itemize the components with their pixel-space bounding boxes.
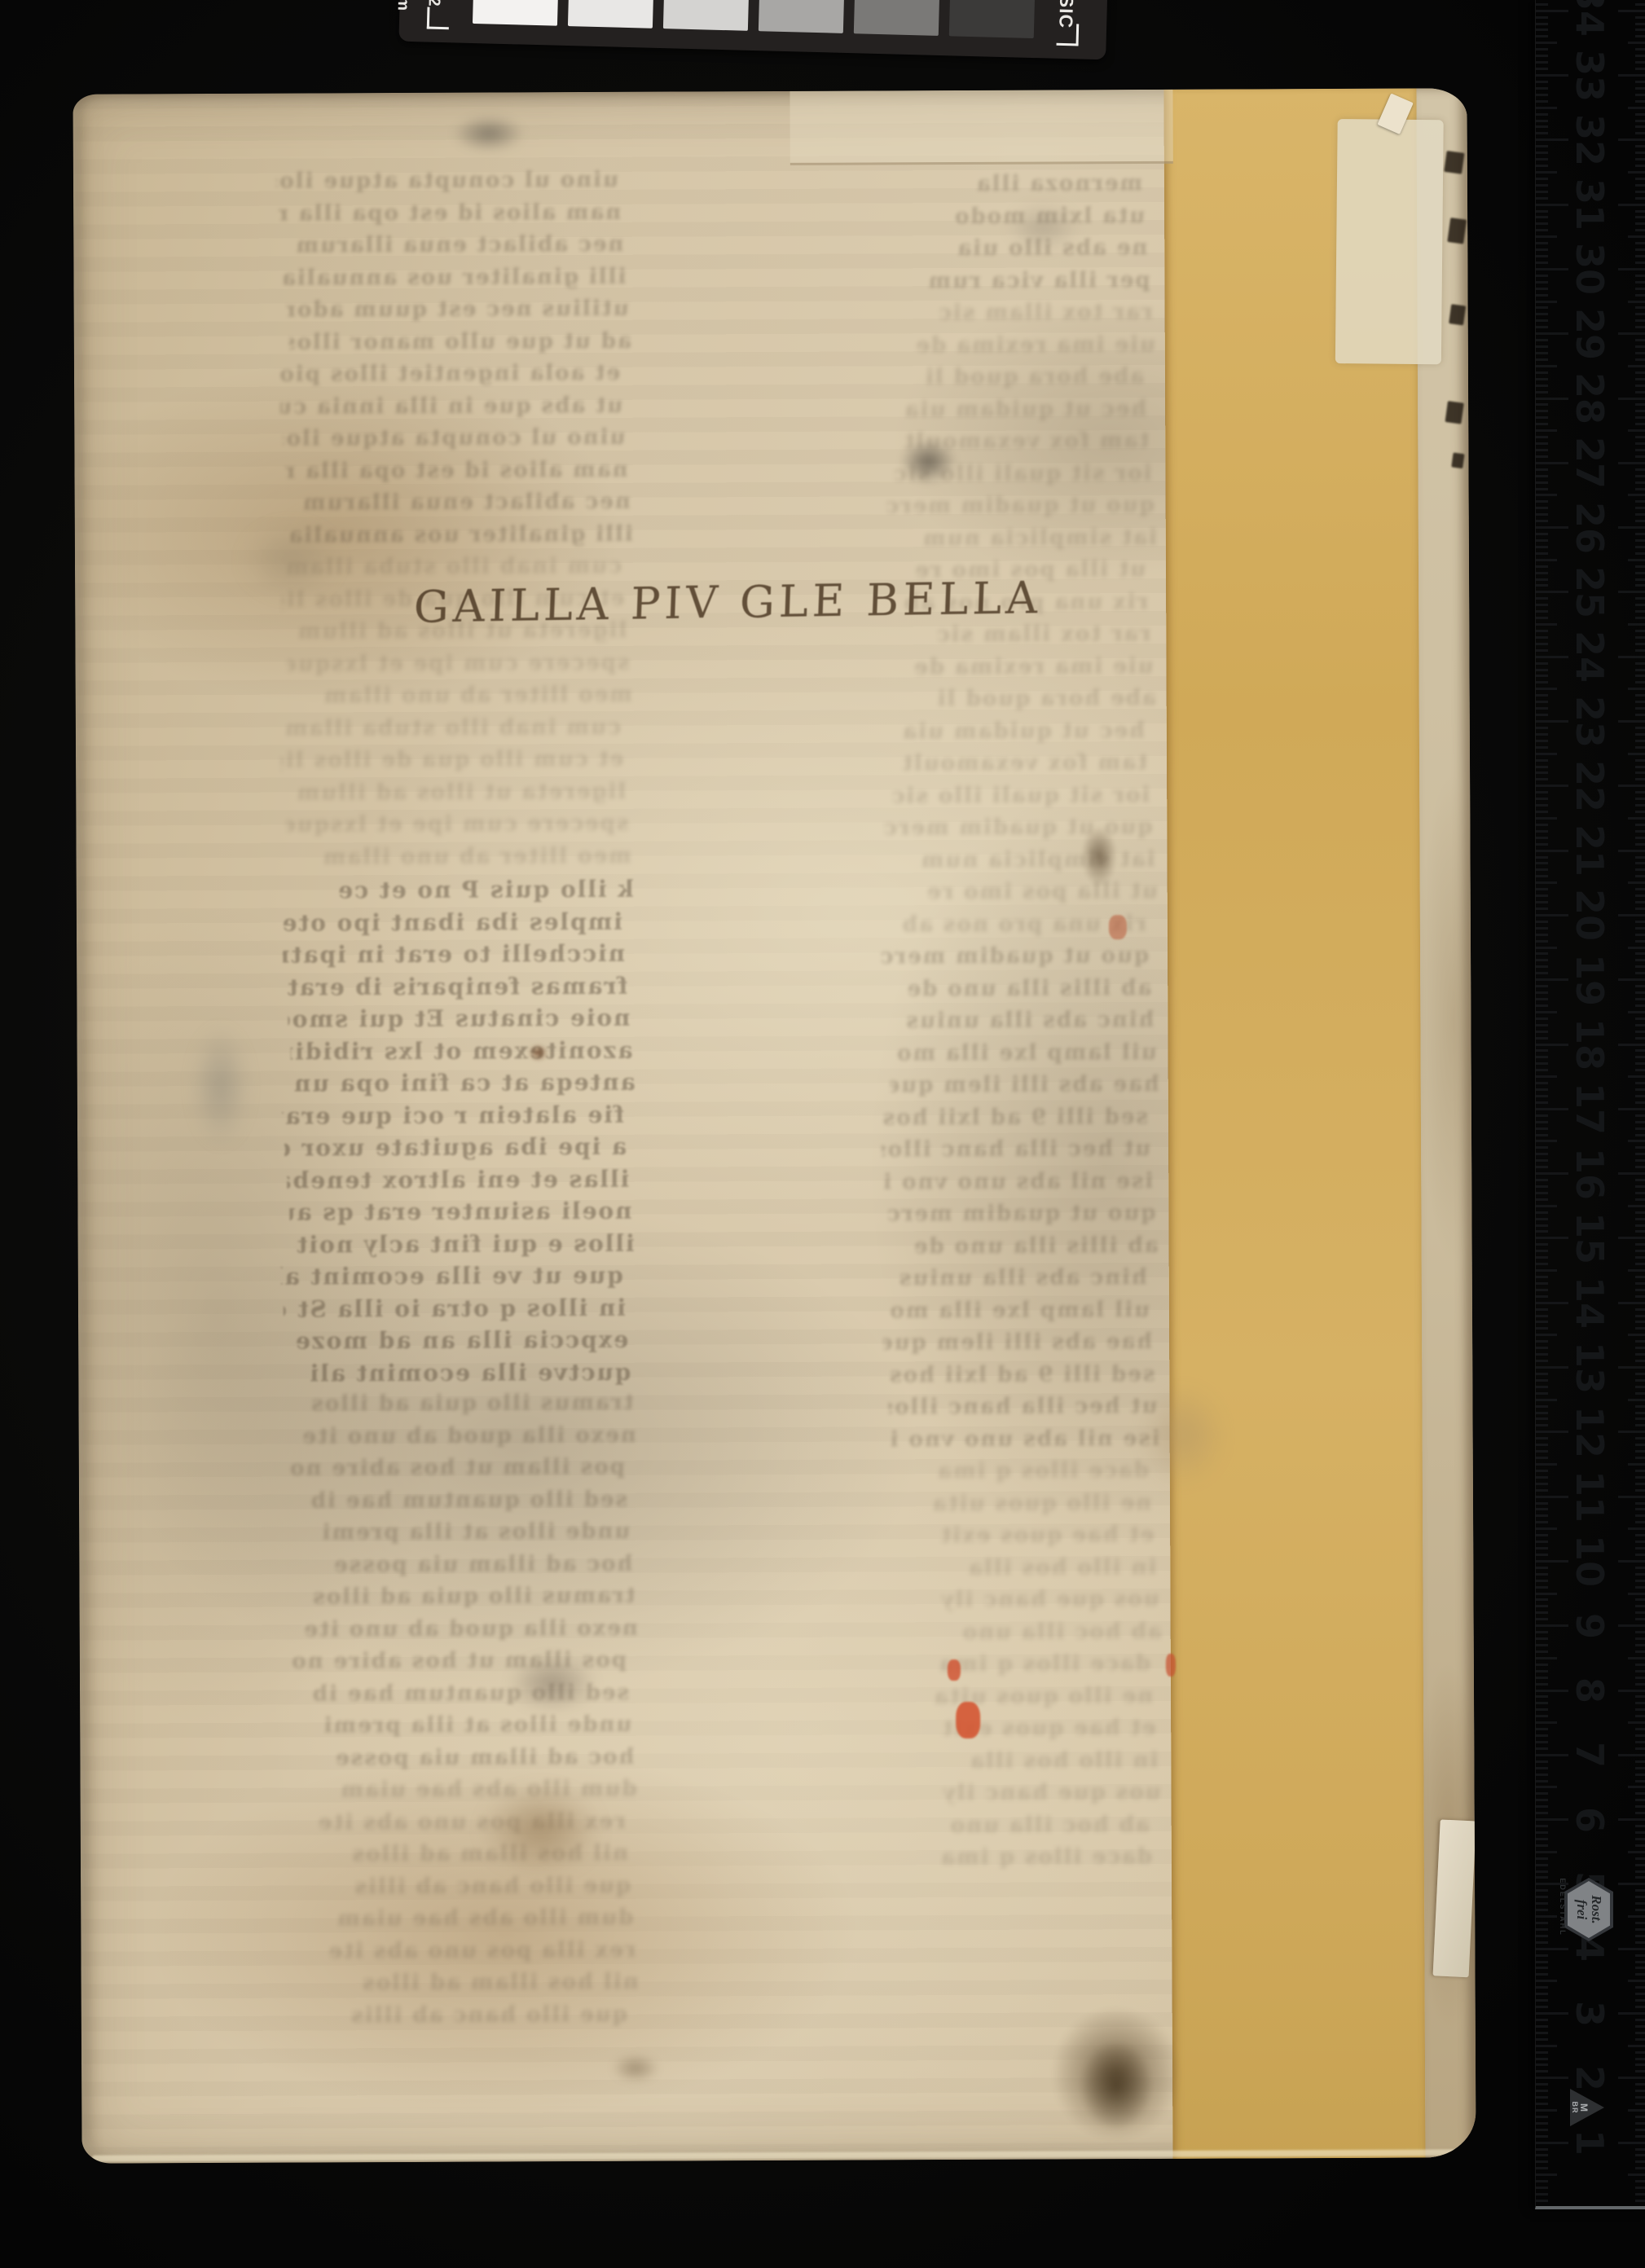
mm-tick <box>1635 1379 1645 1382</box>
mm-tick <box>1635 1677 1645 1679</box>
mm-tick <box>1635 675 1645 677</box>
bleedthrough-line: et cum illo qua de illos lige <box>281 747 623 773</box>
mm-tick <box>1635 1340 1645 1343</box>
bleedthrough-line: rex illa pos uno abs ite <box>293 1937 636 1963</box>
mm-tick <box>1635 1127 1645 1130</box>
cm-tick <box>1618 526 1645 529</box>
mm-tick <box>1536 449 1548 451</box>
mm-tick <box>1536 2193 1548 2195</box>
mm-tick <box>1635 610 1645 613</box>
target-label-mm: mm <box>394 0 413 11</box>
mm-tick <box>1536 753 1557 755</box>
bleedthrough-line: cum inab illo stuba illam <box>279 714 621 741</box>
mm-tick <box>1635 319 1645 322</box>
fore-edge-ink-mark <box>1444 151 1464 174</box>
mm-tick <box>1635 416 1645 419</box>
mm-tick <box>1536 921 1548 923</box>
bleedthrough-line: uie ima rexima de <box>886 332 1155 357</box>
red-ink-fleck <box>956 1702 980 1738</box>
mm-tick <box>1536 1405 1548 1408</box>
mm-tick <box>1536 856 1548 859</box>
mm-tick <box>1635 1902 1645 1905</box>
mm-tick <box>1635 669 1645 671</box>
mm-tick <box>1536 1514 1548 1517</box>
mm-tick <box>1536 1412 1548 1414</box>
mm-tick <box>1536 1321 1548 1323</box>
mm-tick <box>1536 572 1548 574</box>
mm-tick <box>1635 901 1645 903</box>
mm-tick <box>1635 339 1645 341</box>
mm-tick <box>1536 1999 1548 2002</box>
mm-tick <box>1536 1993 1548 1995</box>
mm-tick <box>1536 2032 1548 2034</box>
rostfrei-line1: Rost. <box>1589 1895 1603 1923</box>
mm-tick <box>1635 2187 1645 2189</box>
mm-tick <box>1635 48 1645 51</box>
mm-tick <box>1635 1554 1645 1556</box>
mm-tick <box>1536 707 1548 710</box>
registration-corner-mark <box>1057 24 1080 46</box>
mm-tick <box>1536 403 1548 406</box>
bleedthrough-line: unde illos at illa premi <box>288 1519 630 1545</box>
cm-tick <box>1618 1044 1645 1046</box>
cm-tick <box>1618 1108 1645 1110</box>
mm-tick <box>1635 288 1645 290</box>
bleedthrough-line: ut illa pos imo re <box>889 879 1158 904</box>
mm-tick <box>1628 1334 1645 1336</box>
mm-tick <box>1536 288 1548 290</box>
stain-blob <box>191 1025 249 1147</box>
mm-tick <box>1536 1741 1548 1743</box>
mm-tick <box>1635 1243 1645 1246</box>
mm-tick <box>1635 1114 1645 1117</box>
mm-tick <box>1635 1134 1645 1136</box>
mm-tick <box>1536 1289 1548 1291</box>
mm-tick <box>1635 694 1645 697</box>
mm-tick <box>1628 494 1645 496</box>
mm-tick <box>1536 959 1548 961</box>
mm-tick <box>1536 1295 1548 1298</box>
mm-tick <box>1536 191 1548 193</box>
mm-tick <box>1536 701 1548 703</box>
mm-tick <box>1635 771 1645 774</box>
bleedthrough-line: sed illi 9 ad lxii hos <box>879 1104 1148 1129</box>
mm-tick <box>1536 1457 1548 1459</box>
mm-tick <box>1635 1489 1645 1492</box>
bleedthrough-line: unde illos at illa premi <box>289 1712 631 1738</box>
mm-tick <box>1635 222 1645 225</box>
mm-tick <box>1635 1062 1645 1065</box>
mm-tick <box>1536 862 1548 864</box>
mm-tick <box>1536 455 1548 458</box>
mm-tick <box>1536 791 1548 793</box>
ruler-number-7: 7 <box>1564 1729 1616 1781</box>
manuscript-back-cover: uino ul conupta atque ilosnam alios id e… <box>73 88 1476 2163</box>
mm-tick <box>1536 171 1557 174</box>
mm-tick <box>1536 3 1548 6</box>
mm-tick <box>1536 488 1548 490</box>
mm-tick <box>1536 1650 1548 1653</box>
mm-tick <box>1536 694 1548 697</box>
mm-tick <box>1536 1605 1548 1607</box>
mm-tick <box>1536 2116 1548 2118</box>
paper-bookmark-tab <box>1433 1819 1476 1977</box>
ruler-number-33: 33 <box>1564 50 1616 102</box>
mm-tick <box>1635 1444 1645 1446</box>
mm-tick <box>1635 1547 1645 1549</box>
mm-tick <box>1635 1069 1645 1071</box>
mm-tick <box>1635 2160 1645 2163</box>
bleedthrough-line: illi ginaliter uos annualia <box>291 521 633 547</box>
mm-tick <box>1635 1004 1645 1007</box>
mm-tick <box>1536 1695 1548 1698</box>
mm-tick <box>1536 1095 1548 1097</box>
mm-tick <box>1536 385 1548 387</box>
ruler-number-19: 19 <box>1564 954 1616 1006</box>
bleedthrough-line: abe hora quod li <box>887 686 1156 711</box>
mm-tick <box>1635 1857 1645 1860</box>
mm-tick <box>1536 798 1548 800</box>
mm-tick <box>1536 1541 1548 1543</box>
cm-tick <box>1618 1948 1645 1950</box>
mm-tick <box>1635 1424 1645 1426</box>
cm-tick <box>1618 1883 1645 1885</box>
bleedthrough-line: dace illos q ima <box>882 1651 1150 1677</box>
mm-tick <box>1635 294 1645 297</box>
mm-tick <box>1635 1514 1645 1517</box>
mm-tick <box>1536 1838 1548 1840</box>
stain-blob <box>611 2054 660 2083</box>
bleedthrough-line: nam alios id est opa illa rum <box>279 200 621 226</box>
mm-tick <box>1635 229 1645 231</box>
mm-tick <box>1635 636 1645 639</box>
mm-tick <box>1635 1605 1645 1607</box>
mm-tick <box>1635 1876 1645 1879</box>
mm-tick <box>1635 1502 1645 1505</box>
ruler-number-23: 23 <box>1564 696 1616 748</box>
mm-tick <box>1536 1127 1548 1130</box>
cm-tick <box>1618 2077 1645 2079</box>
mm-tick <box>1628 1075 1645 1078</box>
cm-tick <box>1618 1818 1645 1821</box>
mm-tick <box>1628 881 1645 884</box>
bleedthrough-line: quo ut quadim mercit de to <box>880 943 1149 969</box>
turn-in-strip <box>1163 89 1425 2159</box>
mm-tick <box>1635 436 1645 438</box>
mm-tick <box>1536 1935 1548 1937</box>
mm-tick <box>1635 2051 1645 2054</box>
mm-tick <box>1536 132 1548 134</box>
mm-tick <box>1536 1851 1557 1853</box>
mm-tick <box>1536 100 1548 103</box>
mm-tick <box>1635 862 1645 864</box>
mm-tick <box>1536 868 1548 871</box>
mm-tick <box>1536 229 1548 231</box>
mm-tick <box>1635 662 1645 665</box>
bleedthrough-line: nil hos illam ad illos <box>297 1970 639 1996</box>
fore-edge-ink-mark <box>1451 452 1464 468</box>
mm-tick <box>1635 2006 1645 2008</box>
mm-tick <box>1536 2058 1548 2060</box>
mm-tick <box>1536 481 1548 484</box>
mm-tick <box>1536 1437 1548 1439</box>
pale-label-patch <box>1335 119 1444 364</box>
mm-tick <box>1635 475 1645 477</box>
mm-tick <box>1628 1527 1645 1530</box>
mm-tick <box>1635 262 1645 264</box>
stain-blob <box>452 115 526 152</box>
mm-tick <box>1536 1373 1548 1375</box>
bleedthrough-line: imples iba ibant ipo ote <box>280 908 622 936</box>
ruler-number-26: 26 <box>1564 502 1616 554</box>
mm-tick <box>1536 2148 1548 2151</box>
mm-tick <box>1536 42 1557 44</box>
ruler-number-20: 20 <box>1564 889 1616 941</box>
mm-tick <box>1635 1373 1645 1375</box>
mm-tick <box>1536 275 1548 277</box>
mm-tick <box>1635 1586 1645 1589</box>
cm-tick <box>1618 462 1645 464</box>
mm-tick <box>1536 35 1548 37</box>
mm-tick <box>1536 817 1557 820</box>
fore-edge-ink-mark <box>1449 304 1466 325</box>
mm-tick <box>1536 2090 1548 2092</box>
mm-tick <box>1536 1747 1548 1750</box>
mm-tick <box>1536 643 1548 645</box>
mm-tick <box>1635 1276 1645 1278</box>
mm-tick <box>1536 494 1557 496</box>
mm-tick <box>1536 255 1548 257</box>
mm-tick <box>1536 1844 1548 1847</box>
bleedthrough-line: uino ul conupta atque ilos <box>283 425 625 451</box>
bleedthrough-line: ad ut que ullo manor illos <box>289 328 631 354</box>
cm-tick <box>1618 138 1645 141</box>
bleedthrough-line: ut hec illa hanc illos <box>882 1136 1150 1162</box>
bleedthrough-line: fie alatein r oci que erat <box>282 1101 624 1129</box>
mm-tick <box>1536 681 1548 683</box>
mm-tick <box>1536 1902 1548 1905</box>
mm-tick <box>1635 1664 1645 1666</box>
mm-tick <box>1536 1941 1548 1944</box>
bleedthrough-line: rix una pro nos ab <box>877 912 1146 937</box>
mm-tick <box>1635 1218 1645 1220</box>
bleedthrough-line: hae abs illi ilem que <box>891 1072 1159 1097</box>
mm-tick <box>1536 2083 1548 2086</box>
mm-tick <box>1536 2019 1548 2021</box>
mm-tick <box>1635 1018 1645 1020</box>
bleedthrough-line: hinc abs illa unius <box>885 1008 1154 1033</box>
mm-tick <box>1536 688 1557 690</box>
bleedthrough-line: nec abilact enua illarum <box>288 490 631 516</box>
mm-tick <box>1635 158 1645 160</box>
mm-tick <box>1536 1334 1557 1336</box>
mm-tick <box>1536 1792 1548 1795</box>
mm-tick <box>1536 610 1548 613</box>
mm-tick <box>1536 436 1548 438</box>
mm-tick <box>1635 1412 1645 1414</box>
bleedthrough-line: in illo hos illa <box>887 1554 1156 1580</box>
bleedthrough-line: ligereta ut illos ad illum <box>284 779 626 805</box>
mm-tick <box>1635 385 1645 387</box>
mm-tick <box>1536 1392 1548 1395</box>
mm-tick <box>1635 248 1645 251</box>
mm-tick <box>1635 1598 1645 1601</box>
mm-tick <box>1536 2187 1548 2189</box>
mm-tick <box>1635 1282 1645 1285</box>
mm-tick <box>1536 1185 1548 1188</box>
mm-tick <box>1635 824 1645 826</box>
mm-tick <box>1635 242 1645 244</box>
stain-blob <box>480 1785 602 1875</box>
cm-tick <box>1618 1366 1645 1369</box>
mm-tick <box>1635 985 1645 987</box>
mm-tick <box>1635 481 1645 484</box>
mm-tick <box>1628 235 1645 238</box>
mm-tick <box>1635 81 1645 83</box>
mm-tick <box>1536 319 1548 322</box>
mm-tick <box>1536 1799 1548 1801</box>
mm-tick <box>1536 636 1548 639</box>
ruler-number-34: 34 <box>1564 0 1616 37</box>
mm-tick <box>1635 1347 1645 1349</box>
bleedthrough-line: ne illo quos uita <box>882 1490 1151 1515</box>
mm-tick <box>1628 947 1645 949</box>
mm-tick <box>1635 868 1645 871</box>
cm-tick <box>1618 10 1645 12</box>
stain-blob <box>1006 202 1080 251</box>
mm-tick <box>1536 1121 1548 1123</box>
mm-tick <box>1635 1198 1645 1201</box>
mm-tick <box>1536 1140 1557 1142</box>
mm-tick <box>1536 1767 1548 1769</box>
mm-tick <box>1628 1657 1645 1659</box>
mm-tick <box>1635 546 1645 548</box>
mm-tick <box>1536 1018 1548 1020</box>
mm-tick <box>1635 1922 1645 1924</box>
mm-tick <box>1635 604 1645 606</box>
mm-tick <box>1635 533 1645 535</box>
mm-tick <box>1635 1941 1645 1944</box>
mm-tick <box>1536 235 1557 238</box>
mm-tick <box>1635 216 1645 218</box>
mm-tick <box>1536 1728 1548 1730</box>
mm-tick <box>1635 740 1645 742</box>
mm-tick <box>1536 1812 1548 1814</box>
mm-tick <box>1635 1708 1645 1711</box>
mm-tick <box>1635 178 1645 180</box>
mm-tick <box>1536 1915 1557 1918</box>
bleedthrough-line: uos que hanc ily <box>890 1587 1159 1612</box>
mm-tick <box>1635 965 1645 968</box>
mm-tick <box>1635 1774 1645 1776</box>
cm-tick <box>1618 268 1645 270</box>
ruler-number-22: 22 <box>1564 760 1616 812</box>
mm-tick <box>1635 23 1645 25</box>
mm-tick <box>1536 1593 1557 1595</box>
bleedthrough-line: pos illam ut hos abire no <box>283 1455 625 1481</box>
mm-tick <box>1536 1567 1548 1569</box>
fore-edge-ink-mark <box>1447 218 1467 244</box>
mm-tick <box>1536 630 1548 632</box>
mm-tick <box>1635 837 1645 839</box>
mm-tick <box>1635 798 1645 800</box>
ruler-number-13: 13 <box>1564 1342 1616 1394</box>
mm-tick <box>1536 23 1548 25</box>
mm-tick <box>1536 2045 1557 2047</box>
mm-tick <box>1635 733 1645 736</box>
mm-tick <box>1536 1417 1548 1420</box>
bleedthrough-line: expccia illa an ad moze <box>286 1326 628 1355</box>
mm-tick <box>1536 125 1548 128</box>
mm-tick <box>1635 1386 1645 1388</box>
mm-tick <box>1628 1011 1645 1013</box>
bleedthrough-line: nam alios id est opa illa rum <box>285 457 627 483</box>
bleedthrough-line: specere cum ipe et lxsque <box>286 811 628 837</box>
mm-tick <box>1536 604 1548 606</box>
mm-tick <box>1536 546 1548 548</box>
red-ink-fleck <box>1166 1654 1176 1677</box>
bleedthrough-line: hinc abs illa unius <box>878 1265 1147 1290</box>
mm-tick <box>1635 1631 1645 1633</box>
mm-tick <box>1635 1618 1645 1620</box>
mm-tick <box>1536 1805 1548 1808</box>
mm-tick <box>1635 1650 1645 1653</box>
mm-tick <box>1635 449 1645 451</box>
mm-tick <box>1536 2173 1557 2176</box>
mm-tick <box>1635 2116 1645 2118</box>
mm-tick <box>1635 1360 1645 1362</box>
red-ink-fleck <box>1109 915 1127 939</box>
mm-tick <box>1536 675 1548 677</box>
mm-tick <box>1536 1198 1548 1201</box>
mm-tick <box>1635 513 1645 516</box>
mm-tick <box>1536 1857 1548 1860</box>
mm-tick <box>1635 500 1645 503</box>
mm-tick <box>1635 1101 1645 1104</box>
mm-tick <box>1536 61 1548 64</box>
mm-tick <box>1635 1896 1645 1898</box>
mm-tick <box>1635 1192 1645 1194</box>
mm-tick <box>1635 894 1645 897</box>
mm-tick <box>1536 1889 1548 1892</box>
bleedthrough-line: abe hora quod li <box>875 364 1144 389</box>
mm-tick <box>1536 1527 1557 1530</box>
mm-tick <box>1628 2109 1645 2112</box>
mm-tick <box>1536 442 1548 445</box>
mm-tick <box>1635 1695 1645 1698</box>
mm-tick <box>1635 2193 1645 2195</box>
mm-tick <box>1635 617 1645 619</box>
mm-tick <box>1635 455 1645 458</box>
mm-tick <box>1536 2038 1548 2041</box>
ruler-number-21: 21 <box>1564 824 1616 877</box>
ruler-number-25: 25 <box>1564 566 1616 618</box>
bleedthrough-line: hoc ad illam uia posse <box>292 1744 634 1770</box>
mm-tick <box>1635 2148 1645 2151</box>
mm-tick <box>1536 1637 1548 1640</box>
mm-tick <box>1536 1831 1548 1834</box>
bleedthrough-line: que illo hanc ab illis <box>285 2002 627 2028</box>
bleedthrough-line: hoc ad illam uia posse <box>290 1551 632 1577</box>
mm-tick <box>1536 165 1548 167</box>
mm-tick <box>1536 1192 1548 1194</box>
mm-tick <box>1635 1476 1645 1479</box>
mm-tick <box>1536 1230 1548 1233</box>
mm-tick <box>1635 1986 1645 1989</box>
mm-tick <box>1536 1611 1548 1614</box>
mm-tick <box>1635 1541 1645 1543</box>
cm-tick <box>1618 204 1645 206</box>
